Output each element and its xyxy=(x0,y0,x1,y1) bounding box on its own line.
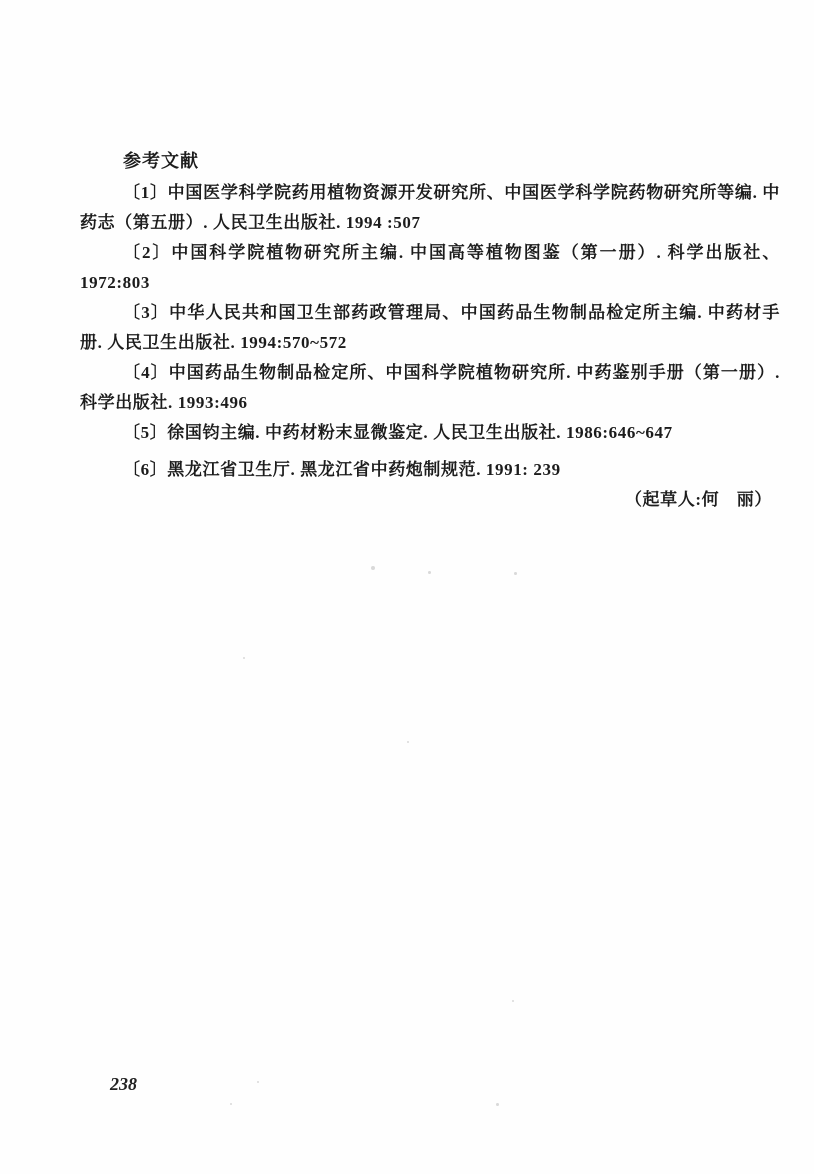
page-number: 238 xyxy=(110,1074,137,1095)
scan-speck xyxy=(428,571,431,574)
reference-item-4: 〔4〕中国药品生物制品检定所、中国科学院植物研究所. 中药鉴别手册（第一册）. … xyxy=(80,358,780,418)
references-heading: 参考文献 xyxy=(80,146,780,176)
reference-item-2: 〔2〕中国科学院植物研究所主编. 中国高等植物图鉴（第一册）. 科学出版社、19… xyxy=(80,238,780,298)
references-section: 参考文献 〔1〕中国医学科学院药用植物资源开发研究所、中国医学科学院药物研究所等… xyxy=(80,146,780,515)
scan-speck xyxy=(514,572,517,575)
scan-speck xyxy=(371,566,375,570)
scan-speck xyxy=(512,1000,514,1002)
reference-item-1: 〔1〕中国医学科学院药用植物资源开发研究所、中国医学科学院药物研究所等编. 中药… xyxy=(80,178,780,238)
drafter-credit: （起草人:何 丽） xyxy=(80,485,780,515)
scan-speck xyxy=(496,1103,499,1106)
reference-item-5: 〔5〕徐国钧主编. 中药材粉末显微鉴定. 人民卫生出版社. 1986:646~6… xyxy=(80,418,780,448)
scan-speck xyxy=(243,657,245,659)
scan-speck xyxy=(407,741,409,743)
scanned-document-page: 参考文献 〔1〕中国医学科学院药用植物资源开发研究所、中国医学科学院药物研究所等… xyxy=(0,0,814,1174)
reference-item-3: 〔3〕中华人民共和国卫生部药政管理局、中国药品生物制品检定所主编. 中药材手册.… xyxy=(80,298,780,358)
scan-speck xyxy=(257,1081,259,1083)
scan-speck xyxy=(230,1103,232,1105)
reference-item-6: 〔6〕黑龙江省卫生厅. 黑龙江省中药炮制规范. 1991: 239 xyxy=(80,455,780,485)
